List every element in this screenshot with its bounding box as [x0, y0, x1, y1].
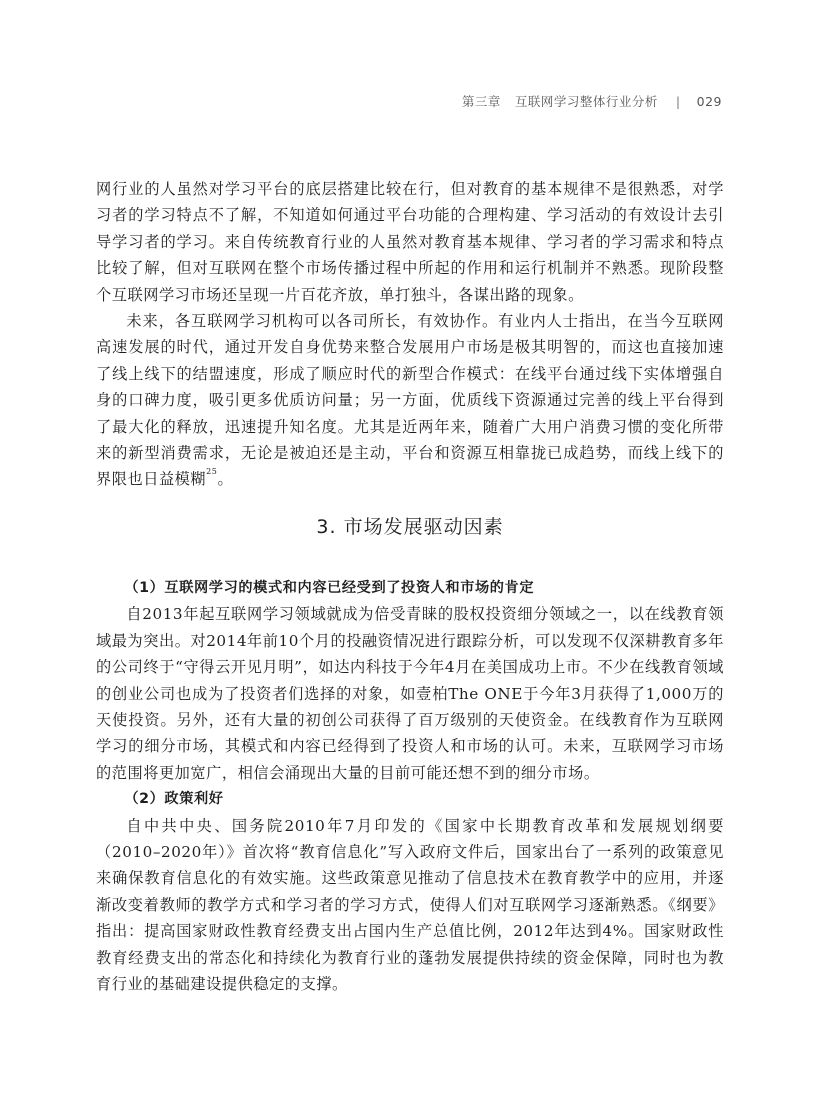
paragraph-text: 未来，各互联网学习机构可以各司所长，有效协作。有业内人士指出，在当今互联网高速发…	[96, 312, 724, 488]
paragraph-end: 。	[217, 470, 233, 488]
subsection-heading-2: （2）政策利好	[96, 786, 724, 812]
section-title: 3. 市场发展驱动因素	[96, 493, 724, 565]
paragraph-continued: 网行业的人虽然对学习平台的底层搭建比较在行，但对教育的基本规律不是很熟悉，对学习…	[96, 176, 724, 308]
subsection-paragraph-2: 自中共中央、国务院2010年7月印发的《国家中长期教育改革和发展规划纲要（201…	[96, 813, 724, 998]
chapter-label: 第三章	[462, 92, 501, 110]
paragraph-future-cooperation: 未来，各互联网学习机构可以各司所长，有效协作。有业内人士指出，在当今互联网高速发…	[96, 308, 724, 493]
page-body: 网行业的人虽然对学习平台的底层搭建比较在行，但对教育的基本规律不是很熟悉，对学习…	[96, 176, 724, 997]
chapter-title: 互联网学习整体行业分析	[515, 92, 658, 110]
footnote-ref: 25	[206, 467, 217, 476]
running-header: 第三章 互联网学习整体行业分析 | 029	[462, 92, 722, 110]
subsection-heading-1: （1）互联网学习的模式和内容已经受到了投资人和市场的肯定	[96, 575, 724, 601]
header-separator: |	[676, 94, 681, 109]
subsection-paragraph-1: 自2013年起互联网学习领域就成为倍受青睐的股权投资细分领域之一，以在线教育领域…	[96, 601, 724, 786]
page-number: 029	[697, 94, 722, 109]
